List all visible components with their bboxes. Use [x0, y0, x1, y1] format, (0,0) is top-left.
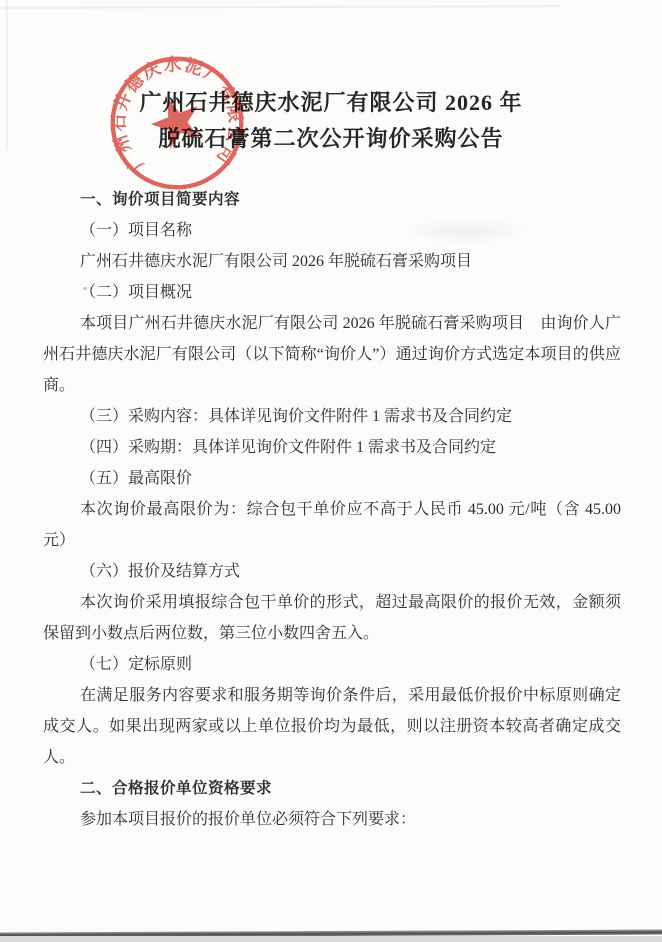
subsection-procurement-period: （四）采购期：具体详见询价文件附件 1 需求书及合同约定	[43, 432, 621, 463]
bidder-requirements-intro-text: 参加本项目报价的报价单位必须符合下列要求：	[43, 804, 621, 835]
subsection-award-principle-label: （七）定标原则	[43, 649, 621, 680]
max-price-text: 本次询价最高限价为：综合包干单价应不高于人民币 45.00 元/吨（含 45.0…	[43, 494, 621, 556]
subsection-procurement-content: （三）采购内容：具体详见询价文件附件 1 需求书及合同约定	[43, 401, 621, 432]
project-name-text: 广州石井德庆水泥厂有限公司 2026 年脱硫石膏采购项目	[43, 246, 621, 277]
subsection-max-price-label: （五）最高限价	[43, 463, 621, 494]
document-title: 广州石井德庆水泥厂有限公司 2026 年 脱硫石膏第二次公开询价采购公告	[0, 85, 662, 157]
subsection-quote-settlement-label: （六）报价及结算方式	[43, 556, 621, 587]
document-body: 一、询价项目简要内容 （一）项目名称 广州石井德庆水泥厂有限公司 2026 年脱…	[43, 184, 621, 835]
company-seal-stamp: 广州石井德庆水泥厂有限公司	[97, 43, 257, 203]
project-overview-text: 本项目广州石井德庆水泥厂有限公司 2026 年脱硫石膏采购项目 由询价人广州石井…	[43, 308, 621, 401]
section-heading-1: 一、询价项目简要内容	[43, 184, 621, 215]
scanned-document-page: 广州石井德庆水泥厂有限公司 2026 年 脱硫石膏第二次公开询价采购公告 广州石…	[0, 0, 662, 942]
scan-top-edge	[0, 5, 560, 8]
award-principle-text: 在满足服务内容要求和服务期等询价条件后，采用最低价报价中标原则确定成交人。如果出…	[43, 680, 621, 773]
document-title-line2: 脱硫石膏第二次公开询价采购公告	[0, 121, 662, 157]
seal-svg: 广州石井德庆水泥厂有限公司	[97, 43, 257, 203]
quote-settlement-text: 本次询价采用填报综合包干单价的形式，超过最高限价的报价无效，金额须保留到小数点后…	[43, 587, 621, 649]
red-star-icon	[144, 90, 208, 152]
subsection-project-overview-label: （二）项目概况	[43, 277, 621, 308]
subsection-project-name-label: （一）项目名称	[43, 215, 621, 246]
scanner-bed-strip	[0, 936, 662, 942]
section-heading-2: 二、合格报价单位资格要求	[43, 773, 621, 804]
